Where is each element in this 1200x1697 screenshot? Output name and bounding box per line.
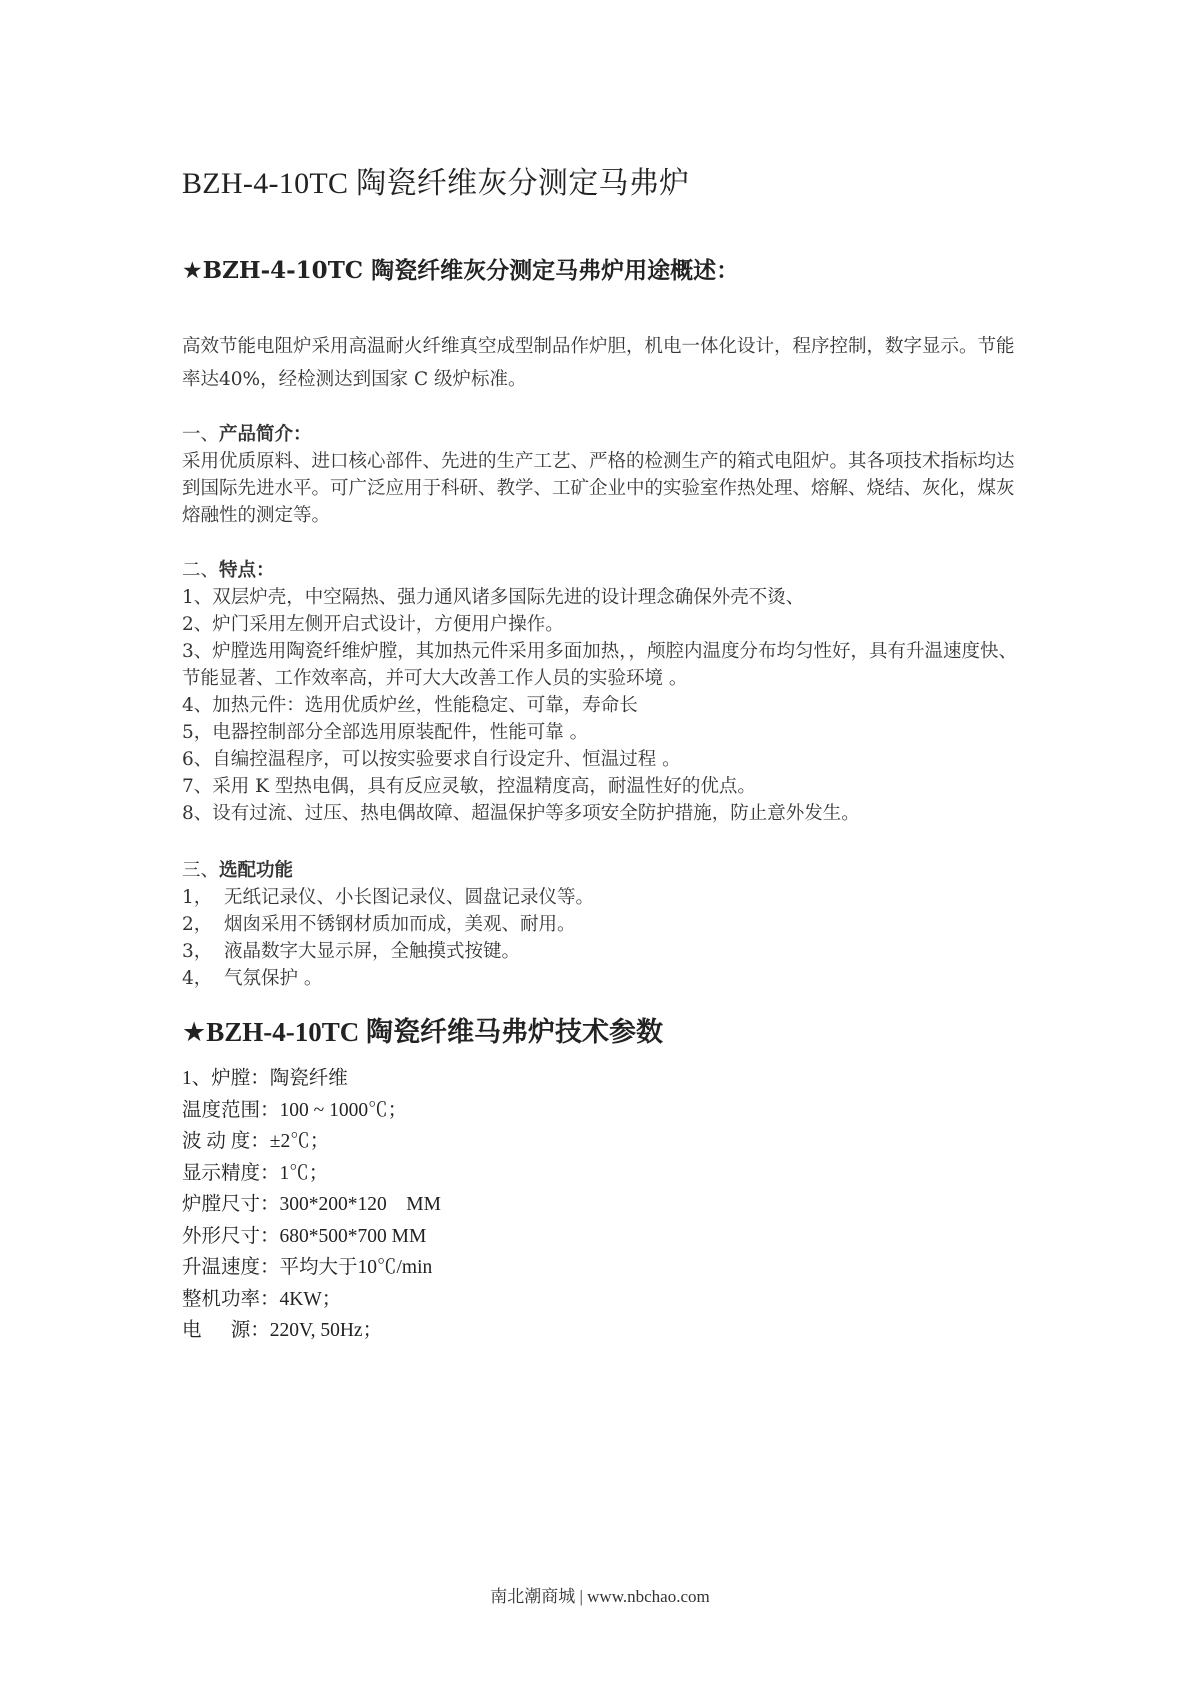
star-icon: ★ xyxy=(182,258,203,284)
page-footer: 南北潮商城 | www.nbchao.com xyxy=(0,1582,1200,1607)
footer-site-name: 南北潮商城 xyxy=(490,1587,575,1606)
section-optional-features: 三、选配功能 1，无纸记录仪、小长图记录仪、圆盘记录仪等。 2，烟囱采用不锈钢材… xyxy=(182,857,1032,992)
param-row: 显示精度：1℃； xyxy=(182,1158,441,1190)
param-value: 300*200*120 MM xyxy=(280,1194,441,1215)
feature-item: 6、自编控温程序，可以按实验要求自行设定升、恒温过程 。 xyxy=(182,746,1032,773)
param-value: 220V, 50Hz； xyxy=(270,1320,382,1341)
param-label: 电 源： xyxy=(182,1320,270,1341)
document-page: BZH-4-10TC 陶瓷纤维灰分测定马弗炉 ★BZH-4-10TC 陶瓷纤维灰… xyxy=(0,0,1200,1697)
section-text: 采用优质原料、进口核心部件、先进的生产工艺、严格的检测生产的箱式电阻炉。其各项技… xyxy=(182,448,1032,529)
feature-item: 3、炉膛选用陶瓷纤维炉膛，其加热元件采用多面加热，，颅腔内温度分布均匀性好，具有… xyxy=(182,638,1032,692)
feature-item: 7、采用 K 型热电偶，具有反应灵敏，控温精度高，耐温性好的优点。 xyxy=(182,773,1032,800)
footer-url-link[interactable]: www.nbchao.com xyxy=(587,1587,710,1606)
overview-paragraph: 高效节能电阻炉采用高温耐火纤维真空成型制品作炉胆，机电一体化设计，程序控制，数字… xyxy=(182,330,1032,396)
feature-item: 1、双层炉壳，中空隔热、强力通风诸多国际先进的设计理念确保外壳不烫、 xyxy=(182,584,1032,611)
section-title: 一、产品简介： xyxy=(182,421,1032,448)
option-item: 4，气氛保护 。 xyxy=(182,965,1032,992)
param-value: 1℃； xyxy=(280,1163,329,1184)
param-value: 680*500*700 MM xyxy=(280,1226,427,1247)
feature-item: 8、设有过流、过压、热电偶故障、超温保护等多项安全防护措施，防止意外发生。 xyxy=(182,800,1032,827)
param-row: 外形尺寸：680*500*700 MM xyxy=(182,1221,441,1253)
param-row: 温度范围：100 ~ 1000℃； xyxy=(182,1095,441,1127)
feature-item: 5，电器控制部分全部选用原装配件，性能可靠 。 xyxy=(182,719,1032,746)
feature-item: 2、炉门采用左侧开启式设计，方便用户操作。 xyxy=(182,611,1032,638)
param-row: 1、炉膛：陶瓷纤维 xyxy=(182,1063,441,1095)
section-features: 二、特点： 1、双层炉壳，中空隔热、强力通风诸多国际先进的设计理念确保外壳不烫、… xyxy=(182,557,1032,827)
section-product-intro: 一、产品简介： 采用优质原料、进口核心部件、先进的生产工艺、严格的检测生产的箱式… xyxy=(182,421,1032,529)
params-heading: ★BZH-4-10TC 陶瓷纤维马弗炉技术参数 xyxy=(182,1010,663,1049)
feature-item: 4、加热元件：选用优质炉丝，性能稳定、可靠，寿命长 xyxy=(182,692,1032,719)
param-label: 温度范围： xyxy=(182,1100,280,1121)
star-icon: ★ xyxy=(182,1017,206,1047)
param-label: 整机功率： xyxy=(182,1289,280,1310)
param-value: 4KW； xyxy=(280,1289,342,1310)
param-value: 陶瓷纤维 xyxy=(270,1068,348,1089)
param-label: 外形尺寸： xyxy=(182,1226,280,1247)
param-label: 升温速度： xyxy=(182,1257,280,1278)
tech-params-list: 1、炉膛：陶瓷纤维 温度范围：100 ~ 1000℃； 波 动 度：±2℃； 显… xyxy=(182,1063,441,1347)
param-row: 电 源：220V, 50Hz； xyxy=(182,1315,441,1347)
param-value: 平均大于10℃/min xyxy=(280,1257,433,1278)
footer-separator: | xyxy=(580,1587,583,1606)
param-label: 波 动 度： xyxy=(182,1131,270,1152)
option-item: 2，烟囱采用不锈钢材质加而成，美观、耐用。 xyxy=(182,911,1032,938)
param-label: 炉膛尺寸： xyxy=(182,1194,280,1215)
overview-heading-text: BZH-4-10TC 陶瓷纤维灰分测定马弗炉用途概述： xyxy=(203,257,740,284)
param-label: 显示精度： xyxy=(182,1163,280,1184)
overview-heading: ★BZH-4-10TC 陶瓷纤维灰分测定马弗炉用途概述： xyxy=(182,252,739,285)
option-item: 3，液晶数字大显示屏，全触摸式按键。 xyxy=(182,938,1032,965)
param-value: ±2℃； xyxy=(270,1131,329,1152)
option-item: 1，无纸记录仪、小长图记录仪、圆盘记录仪等。 xyxy=(182,884,1032,911)
param-row: 炉膛尺寸：300*200*120 MM xyxy=(182,1189,441,1221)
param-row: 升温速度：平均大于10℃/min xyxy=(182,1252,441,1284)
param-row: 整机功率：4KW； xyxy=(182,1284,441,1316)
section-title: 二、特点： xyxy=(182,557,1032,584)
param-value: 100 ~ 1000℃； xyxy=(280,1100,408,1121)
params-heading-text: BZH-4-10TC 陶瓷纤维马弗炉技术参数 xyxy=(206,1017,663,1047)
document-title: BZH-4-10TC 陶瓷纤维灰分测定马弗炉 xyxy=(182,158,689,202)
section-title: 三、选配功能 xyxy=(182,857,1032,884)
param-row: 波 动 度：±2℃； xyxy=(182,1126,441,1158)
param-label: 1、炉膛： xyxy=(182,1068,270,1089)
